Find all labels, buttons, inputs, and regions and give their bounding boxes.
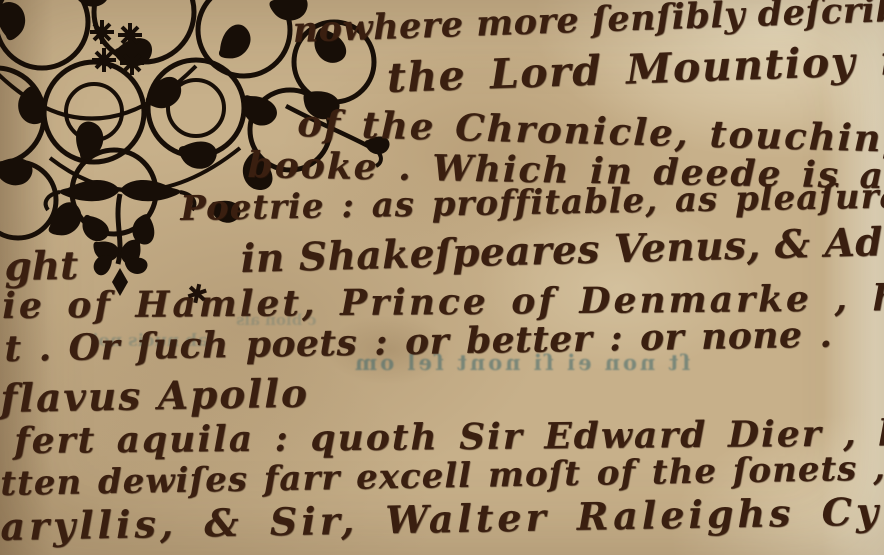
manuscript-line: ght [4,243,78,290]
manuscript-line: flavus Apollo [0,371,309,422]
manuscript-page: ſt non ei ſi nont ſel om ab nucis noi c … [0,0,884,555]
